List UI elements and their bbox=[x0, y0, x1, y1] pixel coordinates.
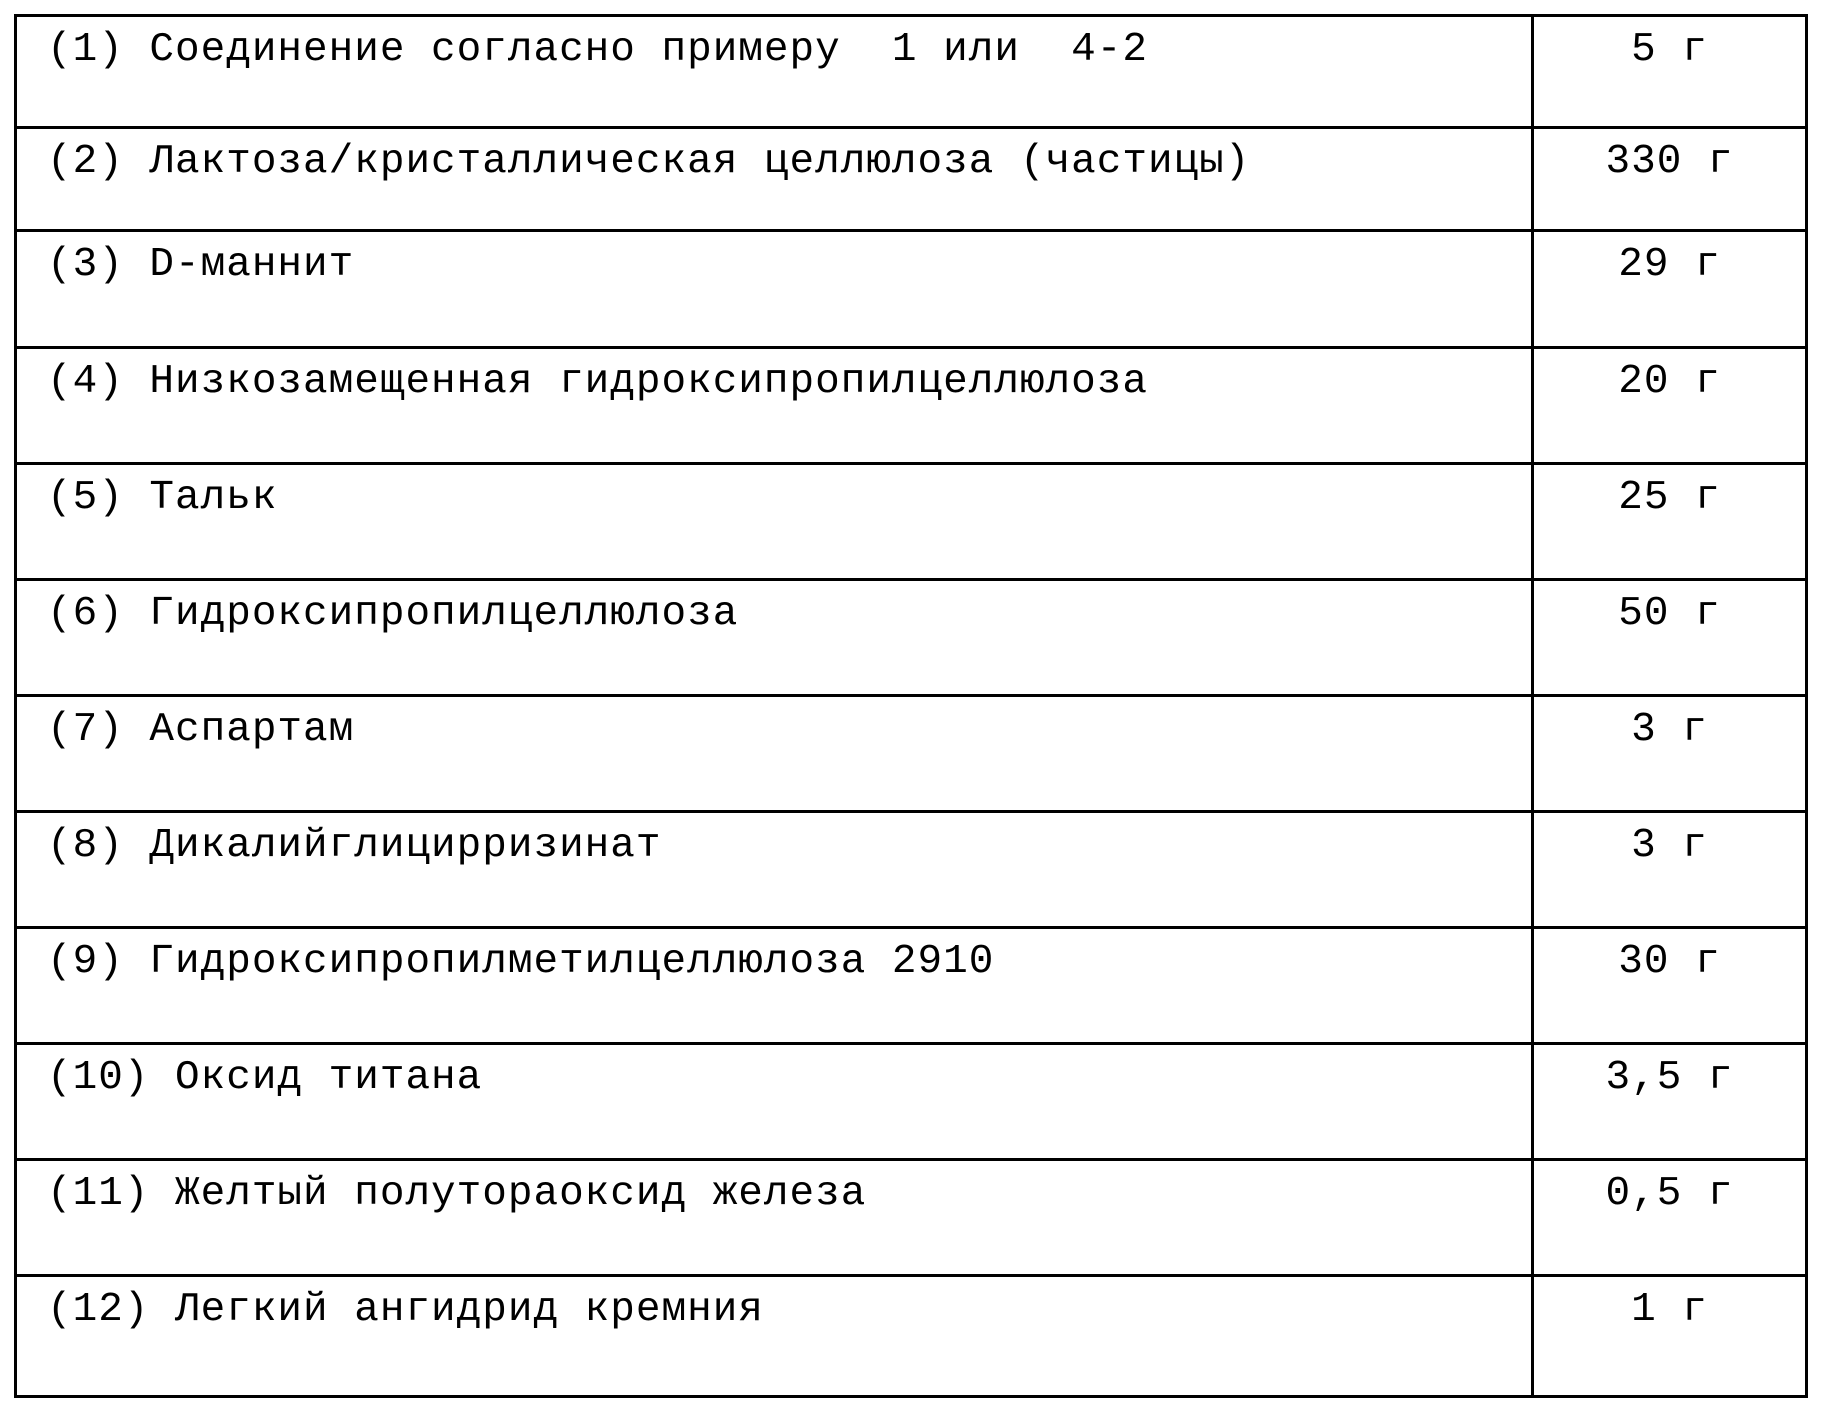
ingredient-amount: 3 г bbox=[1533, 696, 1807, 812]
ingredient-name: (5) Тальк bbox=[16, 464, 1533, 580]
table-row: (6) Гидроксипропилцеллюлоза 50 г bbox=[16, 580, 1807, 696]
ingredient-name: (3) D-маннит bbox=[16, 231, 1533, 348]
ingredient-amount: 1 г bbox=[1533, 1276, 1807, 1397]
ingredient-name: (9) Гидроксипропилметилцеллюлоза 2910 bbox=[16, 928, 1533, 1044]
table-row: (4) Низкозамещенная гидроксипропилцеллюл… bbox=[16, 348, 1807, 464]
ingredient-name: (11) Желтый полутораоксид железа bbox=[16, 1160, 1533, 1276]
ingredient-name: (6) Гидроксипропилцеллюлоза bbox=[16, 580, 1533, 696]
ingredient-amount: 20 г bbox=[1533, 348, 1807, 464]
ingredient-amount: 3 г bbox=[1533, 812, 1807, 928]
table-row: (10) Оксид титана 3,5 г bbox=[16, 1044, 1807, 1160]
ingredient-name: (2) Лактоза/кристаллическая целлюлоза (ч… bbox=[16, 128, 1533, 231]
table-row: (12) Легкий ангидрид кремния 1 г bbox=[16, 1276, 1807, 1397]
ingredient-amount: 330 г bbox=[1533, 128, 1807, 231]
ingredient-name: (1) Соединение согласно примеру 1 или 4-… bbox=[16, 16, 1533, 128]
ingredient-amount: 30 г bbox=[1533, 928, 1807, 1044]
ingredient-name: (10) Оксид титана bbox=[16, 1044, 1533, 1160]
table-row: (7) Аспартам 3 г bbox=[16, 696, 1807, 812]
table-row: (3) D-маннит 29 г bbox=[16, 231, 1807, 348]
ingredient-amount: 25 г bbox=[1533, 464, 1807, 580]
table-row: (8) Дикалийглицирризинат 3 г bbox=[16, 812, 1807, 928]
table-row: (1) Соединение согласно примеру 1 или 4-… bbox=[16, 16, 1807, 128]
ingredient-name: (7) Аспартам bbox=[16, 696, 1533, 812]
ingredient-amount: 5 г bbox=[1533, 16, 1807, 128]
table-row: (9) Гидроксипропилметилцеллюлоза 2910 30… bbox=[16, 928, 1807, 1044]
ingredient-amount: 50 г bbox=[1533, 580, 1807, 696]
ingredients-table: (1) Соединение согласно примеру 1 или 4-… bbox=[14, 14, 1808, 1398]
ingredient-name: (4) Низкозамещенная гидроксипропилцеллюл… bbox=[16, 348, 1533, 464]
table-row: (2) Лактоза/кристаллическая целлюлоза (ч… bbox=[16, 128, 1807, 231]
ingredient-amount: 29 г bbox=[1533, 231, 1807, 348]
ingredient-name: (12) Легкий ангидрид кремния bbox=[16, 1276, 1533, 1397]
table-row: (11) Желтый полутораоксид железа 0,5 г bbox=[16, 1160, 1807, 1276]
table-row: (5) Тальк 25 г bbox=[16, 464, 1807, 580]
ingredient-amount: 3,5 г bbox=[1533, 1044, 1807, 1160]
ingredient-name: (8) Дикалийглицирризинат bbox=[16, 812, 1533, 928]
ingredient-amount: 0,5 г bbox=[1533, 1160, 1807, 1276]
